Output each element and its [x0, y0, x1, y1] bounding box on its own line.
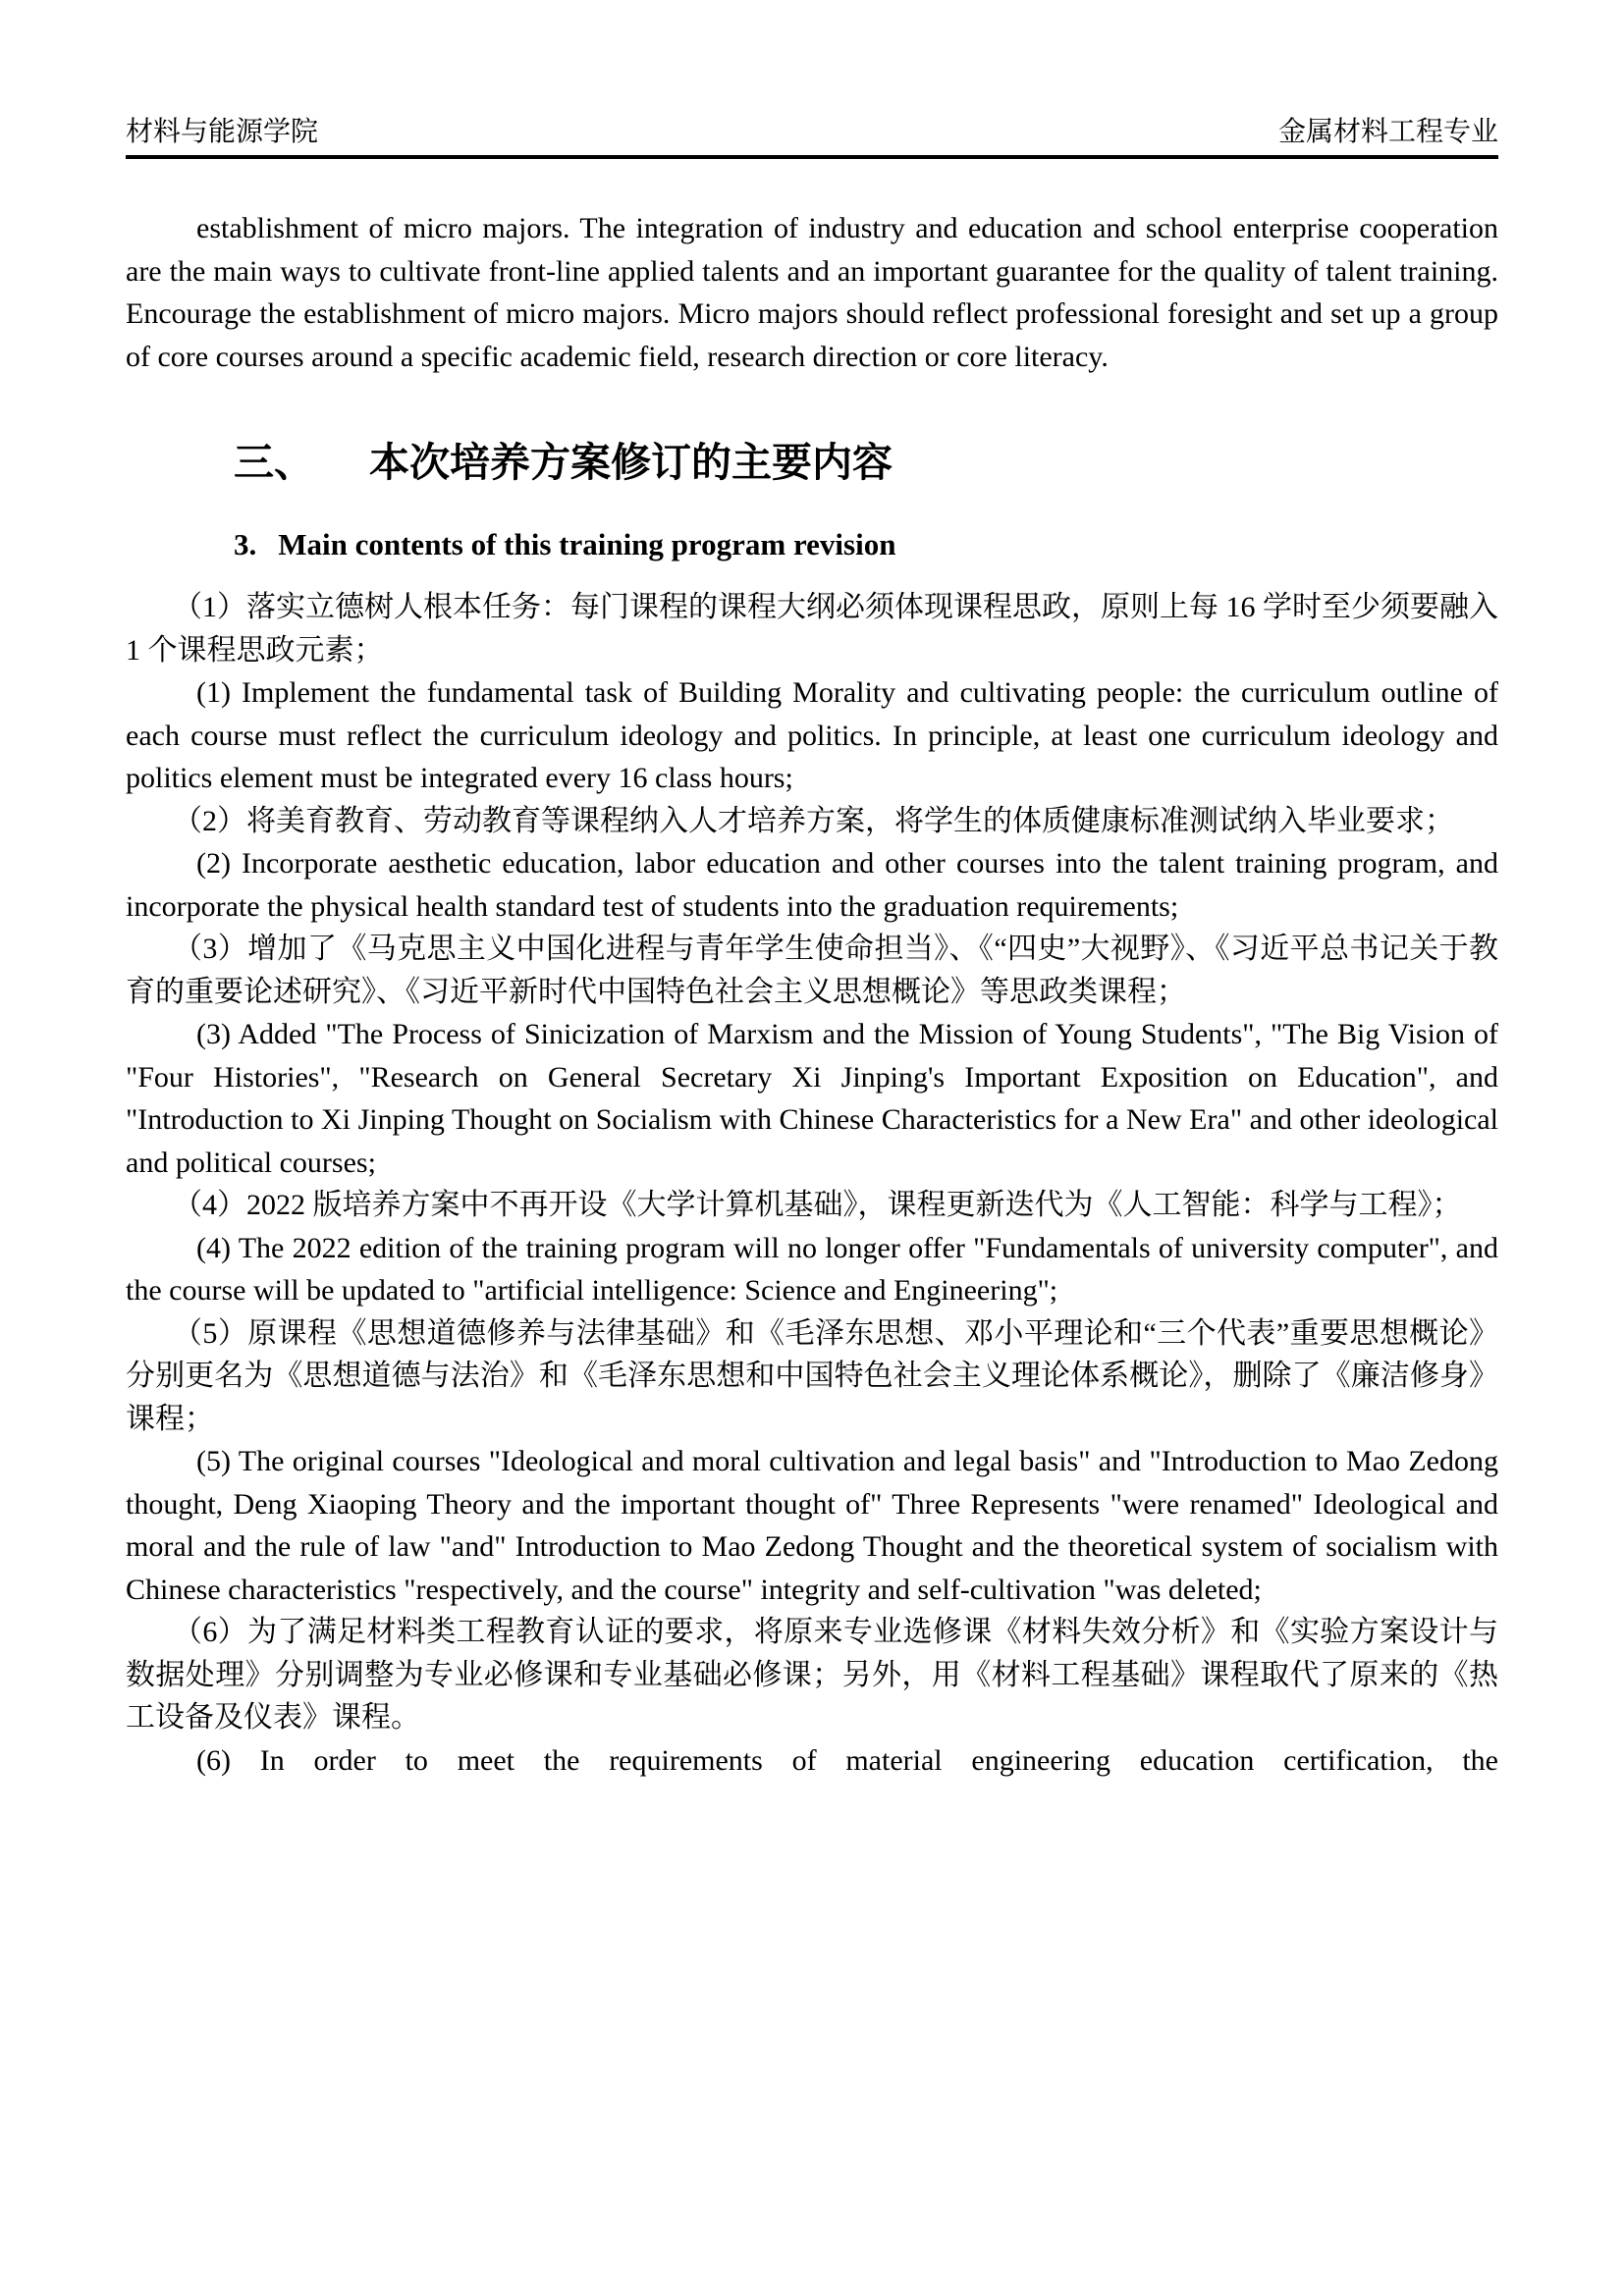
- intro-paragraph: establishment of micro majors. The integ…: [126, 207, 1498, 378]
- section-number: 三、: [234, 440, 314, 485]
- item-4-paragraph-en: (4) The 2022 edition of the training pro…: [126, 1227, 1498, 1312]
- item-2-paragraph-en: (2) Incorporate aesthetic education, lab…: [126, 842, 1498, 928]
- item-3-paragraph-en: (3) Added "The Process of Sinicization o…: [126, 1013, 1498, 1184]
- section-heading: 三、本次培养方案修订的主要内容: [126, 435, 1498, 490]
- item-6-paragraph-en: (6) In order to meet the requirements of…: [126, 1739, 1498, 1783]
- header-college-name: 材料与能源学院: [126, 119, 318, 146]
- subsection-heading: 3.Main contents of this training program…: [126, 523, 1498, 566]
- item-1-paragraph-en: (1) Implement the fundamental task of Bu…: [126, 671, 1498, 800]
- item-4-paragraph-cn: （4）2022 版培养方案中不再开设《大学计算机基础》，课程更新迭代为《人工智能…: [126, 1184, 1498, 1227]
- section-title: 本次培养方案修订的主要内容: [369, 440, 893, 485]
- header-major-name: 金属材料工程专业: [1278, 119, 1498, 146]
- item-2-paragraph-cn: （2）将美育教育、劳动教育等课程纳入人才培养方案，将学生的体质健康标准测试纳入毕…: [126, 800, 1498, 843]
- item-6-paragraph-cn: （6）为了满足材料类工程教育认证的要求，将原来专业选修课《材料失效分析》和《实验…: [126, 1611, 1498, 1739]
- item-5-paragraph-cn: （5）原课程《思想道德修养与法律基础》和《毛泽东思想、邓小平理论和“三个代表”重…: [126, 1312, 1498, 1441]
- page-header: 材料与能源学院 金属材料工程专业: [126, 0, 1498, 146]
- item-1-paragraph-cn: （1）落实立德树人根本任务：每门课程的课程大纲必须体现课程思政，原则上每 16 …: [126, 586, 1498, 671]
- subsection-number: 3.: [234, 527, 256, 561]
- header-rule: [126, 155, 1498, 159]
- subsection-title: Main contents of this training program r…: [278, 527, 895, 561]
- item-3-paragraph-cn: （3）增加了《马克思主义中国化进程与青年学生使命担当》、《“四史”大视野》、《习…: [126, 928, 1498, 1013]
- document-page: 材料与能源学院 金属材料工程专业 establishment of micro …: [0, 0, 1624, 2296]
- item-5-paragraph-en: (5) The original courses "Ideological an…: [126, 1440, 1498, 1611]
